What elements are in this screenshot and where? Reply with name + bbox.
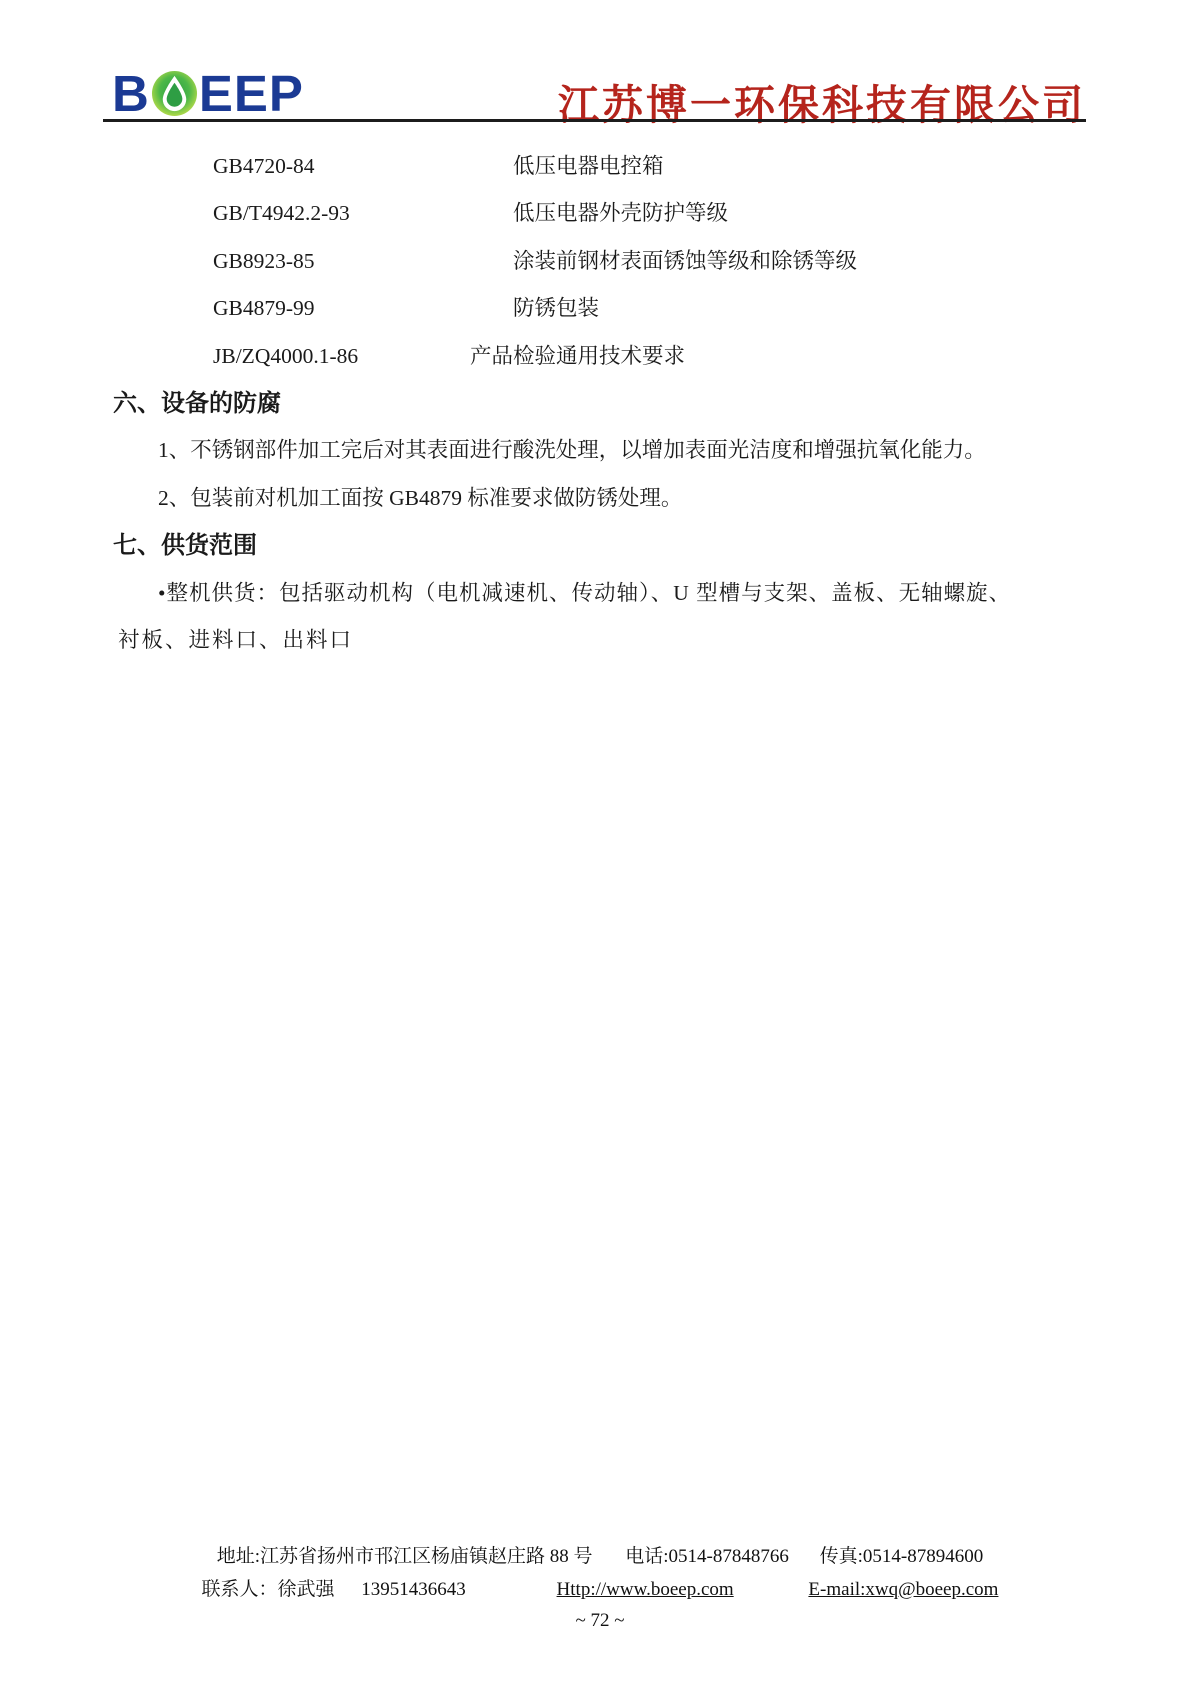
standard-code: GB8923-85 — [213, 238, 315, 285]
standard-desc: 低压电器电控箱 — [513, 143, 664, 190]
standard-desc: 产品检验通用技术要求 — [470, 333, 685, 380]
standard-desc: 涂装前钢材表面锈蚀等级和除锈等级 — [513, 238, 857, 285]
header-divider — [103, 119, 1086, 122]
water-droplet-icon — [151, 70, 198, 117]
footer-email-link[interactable]: E-mail:xwq@boeep.com — [808, 1579, 998, 1600]
paragraph: 衬板、进料口、出料口 — [0, 617, 1200, 664]
footer-mobile: 13951436643 — [361, 1579, 466, 1600]
paragraph: 1、不锈钢部件加工完后对其表面进行酸洗处理，以增加表面光洁度和增强抗氧化能力。 — [0, 427, 1200, 474]
footer-contact-line-2: 联系人：徐武强 13951436643 Http://www.boeep.com… — [0, 1573, 1200, 1606]
footer-fax: 传真:0514-87894600 — [820, 1546, 984, 1567]
standard-desc: 防锈包装 — [513, 285, 599, 332]
standard-row: GB/T4942.2-93 低压电器外壳防护等级 — [0, 190, 1200, 237]
footer-phone: 电话:0514-87848766 — [625, 1546, 789, 1567]
footer-contact-line-1: 地址:江苏省扬州市邗江区杨庙镇赵庄路 88 号 电话:0514-87848766… — [0, 1540, 1200, 1573]
logo-text-eep: EEP — [199, 68, 304, 119]
logo-text-b: B — [112, 68, 150, 119]
standard-code: GB4720-84 — [213, 143, 315, 190]
section-heading-supply-scope: 七、供货范围 — [0, 522, 1200, 569]
paragraph: 2、包装前对机加工面按 GB4879 标准要求做防锈处理。 — [0, 475, 1200, 522]
standard-code: GB4879-99 — [213, 285, 315, 332]
page-footer: 地址:江苏省扬州市邗江区杨庙镇赵庄路 88 号 电话:0514-87848766… — [0, 1540, 1200, 1636]
standard-desc: 低压电器外壳防护等级 — [513, 190, 728, 237]
footer-address: 地址:江苏省扬州市邗江区杨庙镇赵庄路 88 号 — [217, 1546, 593, 1567]
company-name: 江苏博一环保科技有限公司 — [558, 72, 1086, 131]
page-number: ~ 72 ~ — [0, 1606, 1200, 1636]
document-page: B EEP 江苏博一环保科技有限公司 GB4720-84 低压电器电控箱 GB/… — [0, 0, 1200, 1698]
standard-row: GB8923-85 涂装前钢材表面锈蚀等级和除锈等级 — [0, 238, 1200, 285]
standard-code: GB/T4942.2-93 — [213, 190, 350, 237]
standard-row: GB4879-99 防锈包装 — [0, 285, 1200, 332]
document-body: GB4720-84 低压电器电控箱 GB/T4942.2-93 低压电器外壳防护… — [0, 143, 1200, 664]
standard-code: JB/ZQ4000.1-86 — [213, 333, 358, 380]
standard-row: JB/ZQ4000.1-86 产品检验通用技术要求 — [0, 333, 1200, 380]
standard-row: GB4720-84 低压电器电控箱 — [0, 143, 1200, 190]
footer-contact-person: 联系人：徐武强 — [202, 1579, 335, 1600]
footer-website-link[interactable]: Http://www.boeep.com — [557, 1579, 734, 1600]
section-heading-anticorrosion: 六、设备的防腐 — [0, 380, 1200, 427]
paragraph: •整机供货：包括驱动机构（电机减速机、传动轴）、U 型槽与支架、盖板、无轴螺旋、 — [0, 570, 1200, 617]
boeep-logo: B EEP — [112, 68, 304, 119]
